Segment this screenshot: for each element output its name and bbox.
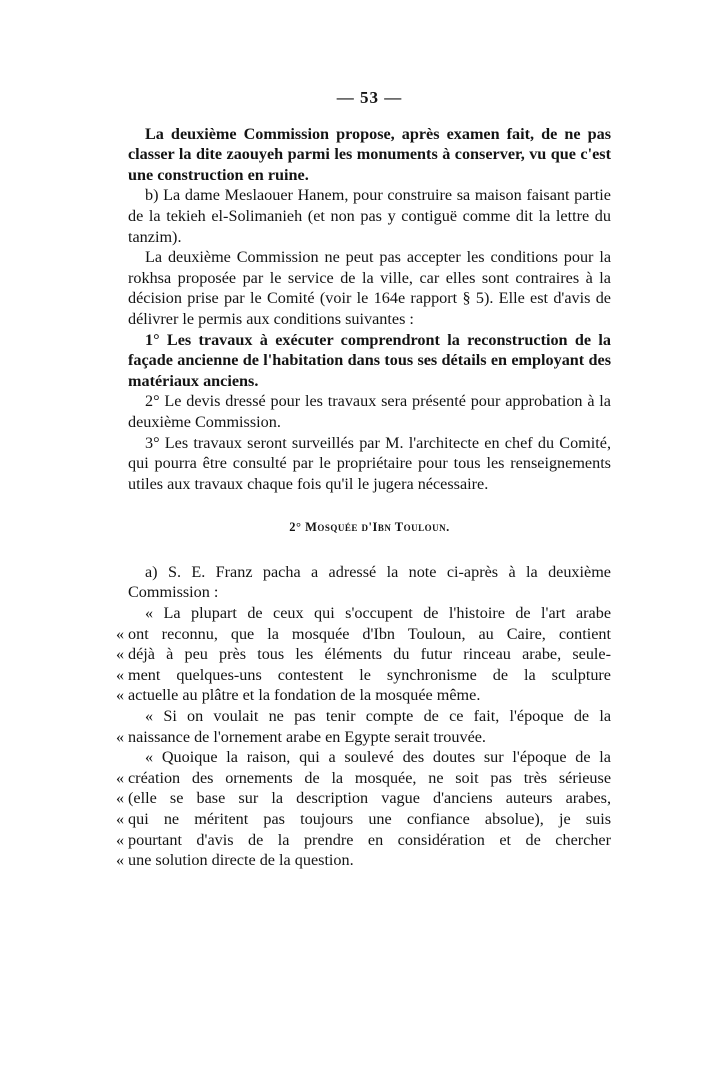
quote-line: «pourtant d'avis de la prendre en consid… bbox=[128, 830, 611, 851]
quote-line: «une solution directe de la question. bbox=[128, 850, 611, 871]
quote-line-text: actuelle au plâtre et la fondation de la… bbox=[128, 686, 480, 704]
quote-line-text: (elle se base sur la description vague d… bbox=[128, 789, 611, 807]
guillemet-mark: « bbox=[116, 788, 124, 809]
guillemet-mark: « bbox=[145, 748, 162, 766]
guillemet-mark: « bbox=[116, 644, 124, 665]
document-page: — 53 — La deuxième Commission propose, a… bbox=[128, 88, 611, 871]
guillemet-mark: « bbox=[116, 830, 124, 851]
quote-line: «actuelle au plâtre et la fondation de l… bbox=[128, 685, 611, 706]
quote-line-text: ont reconnu, que la mosquée d'Ibn Toulou… bbox=[128, 625, 611, 643]
quote-line: « Quoique la raison, qui a soulevé des d… bbox=[128, 747, 611, 768]
guillemet-mark: « bbox=[116, 727, 124, 748]
section-heading: 2° Mosquée d'Ibn Touloun. bbox=[128, 517, 611, 538]
paragraph-zaouyeh-decision: La deuxième Commission propose, après ex… bbox=[128, 124, 611, 186]
guillemet-mark: « bbox=[145, 707, 163, 725]
quote-line-text: déjà à peu près tous les éléments du fut… bbox=[128, 645, 611, 663]
guillemet-mark: « bbox=[145, 604, 164, 622]
guillemet-mark: « bbox=[116, 768, 124, 789]
quote-line-text: une solution directe de la question. bbox=[128, 851, 354, 869]
guillemet-mark: « bbox=[116, 809, 124, 830]
quote-line: «ont reconnu, que la mosquée d'Ibn Toulo… bbox=[128, 624, 611, 645]
paragraph-rokhsa-conditions: La deuxième Commission ne peut pas accep… bbox=[128, 247, 611, 329]
quote-line-text: naissance de l'ornement arabe en Egypte … bbox=[128, 728, 486, 746]
guillemet-mark: « bbox=[116, 624, 124, 645]
quote-line-text: La plupart de ceux qui s'occupent de l'h… bbox=[164, 604, 611, 622]
quote-line-text: pourtant d'avis de la prendre en considé… bbox=[128, 831, 611, 849]
quote-line: «qui ne méritent pas toujours une confia… bbox=[128, 809, 611, 830]
condition-2: 2° Le devis dressé pour les travaux sera… bbox=[128, 391, 611, 432]
paragraph-franz-pacha-intro: a) S. E. Franz pacha a adressé la note c… bbox=[128, 562, 611, 603]
quote-line-text: Si on voulait ne pas tenir compte de ce … bbox=[163, 707, 611, 725]
quote-line-text: création des ornements de la mosquée, ne… bbox=[128, 769, 611, 787]
quote-line-text: ment quelques-uns contestent le synchron… bbox=[128, 666, 611, 684]
quote-line-text: Quoique la raison, qui a soulevé des dou… bbox=[162, 748, 611, 766]
quote-line: « Si on voulait ne pas tenir compte de c… bbox=[128, 706, 611, 727]
quote-line: «création des ornements de la mosquée, n… bbox=[128, 768, 611, 789]
quote-line: « La plupart de ceux qui s'occupent de l… bbox=[128, 603, 611, 624]
quote-line-text: qui ne méritent pas toujours une confian… bbox=[128, 810, 611, 828]
quote-line: «ment quelques-uns contestent le synchro… bbox=[128, 665, 611, 686]
quote-line: «(elle se base sur la description vague … bbox=[128, 788, 611, 809]
condition-3: 3° Les travaux seront surveillés par M. … bbox=[128, 433, 611, 495]
page-number: — 53 — bbox=[128, 88, 611, 109]
condition-1: 1° Les travaux à exécuter comprendront l… bbox=[128, 330, 611, 392]
quoted-note: « La plupart de ceux qui s'occupent de l… bbox=[128, 603, 611, 871]
guillemet-mark: « bbox=[116, 685, 124, 706]
guillemet-mark: « bbox=[116, 665, 124, 686]
quote-line: «déjà à peu près tous les éléments du fu… bbox=[128, 644, 611, 665]
quote-line: «naissance de l'ornement arabe en Egypte… bbox=[128, 727, 611, 748]
paragraph-meslaouer-hanem: b) La dame Meslaouer Hanem, pour constru… bbox=[128, 185, 611, 247]
guillemet-mark: « bbox=[116, 850, 124, 871]
